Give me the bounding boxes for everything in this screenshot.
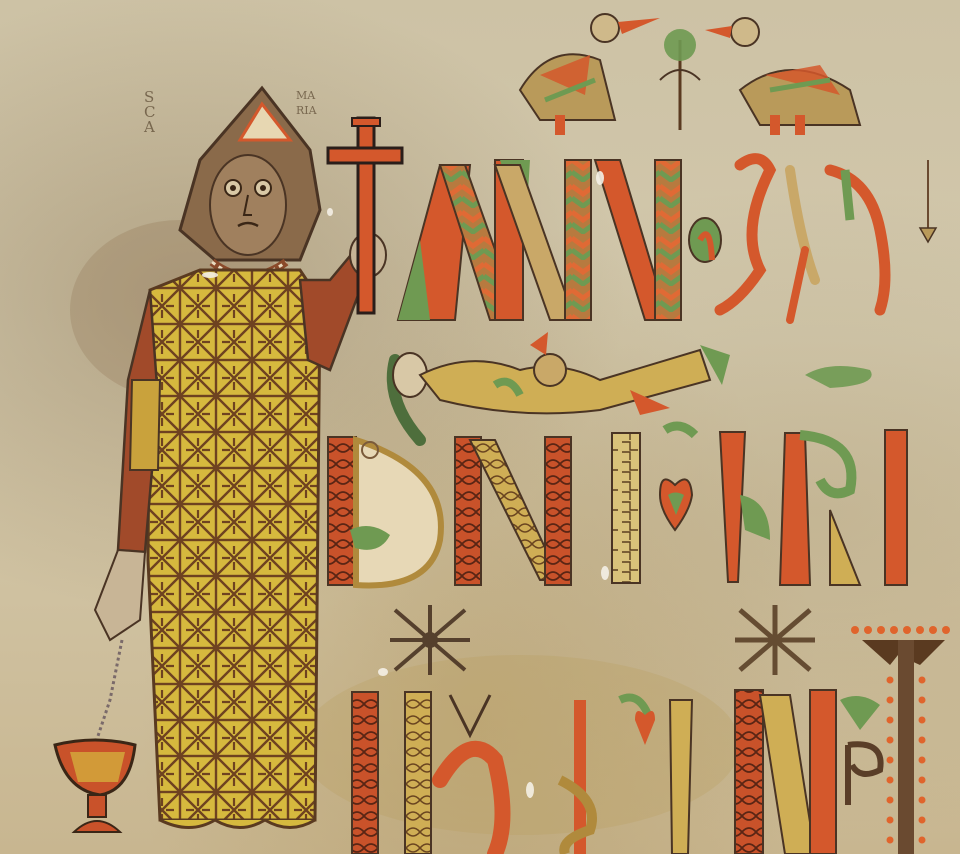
censer — [55, 740, 135, 832]
siren — [393, 332, 872, 440]
inscription-maria: MARIA — [296, 88, 318, 118]
chrismon-right — [735, 605, 815, 675]
confronted-birds — [520, 14, 860, 135]
chrismon-left — [390, 605, 470, 675]
capital-line-2 — [328, 426, 907, 585]
capital-line-1 — [398, 159, 936, 320]
manuscript-page: SCA MARIA — [0, 0, 960, 854]
inscription-sca: SCA — [144, 90, 158, 135]
